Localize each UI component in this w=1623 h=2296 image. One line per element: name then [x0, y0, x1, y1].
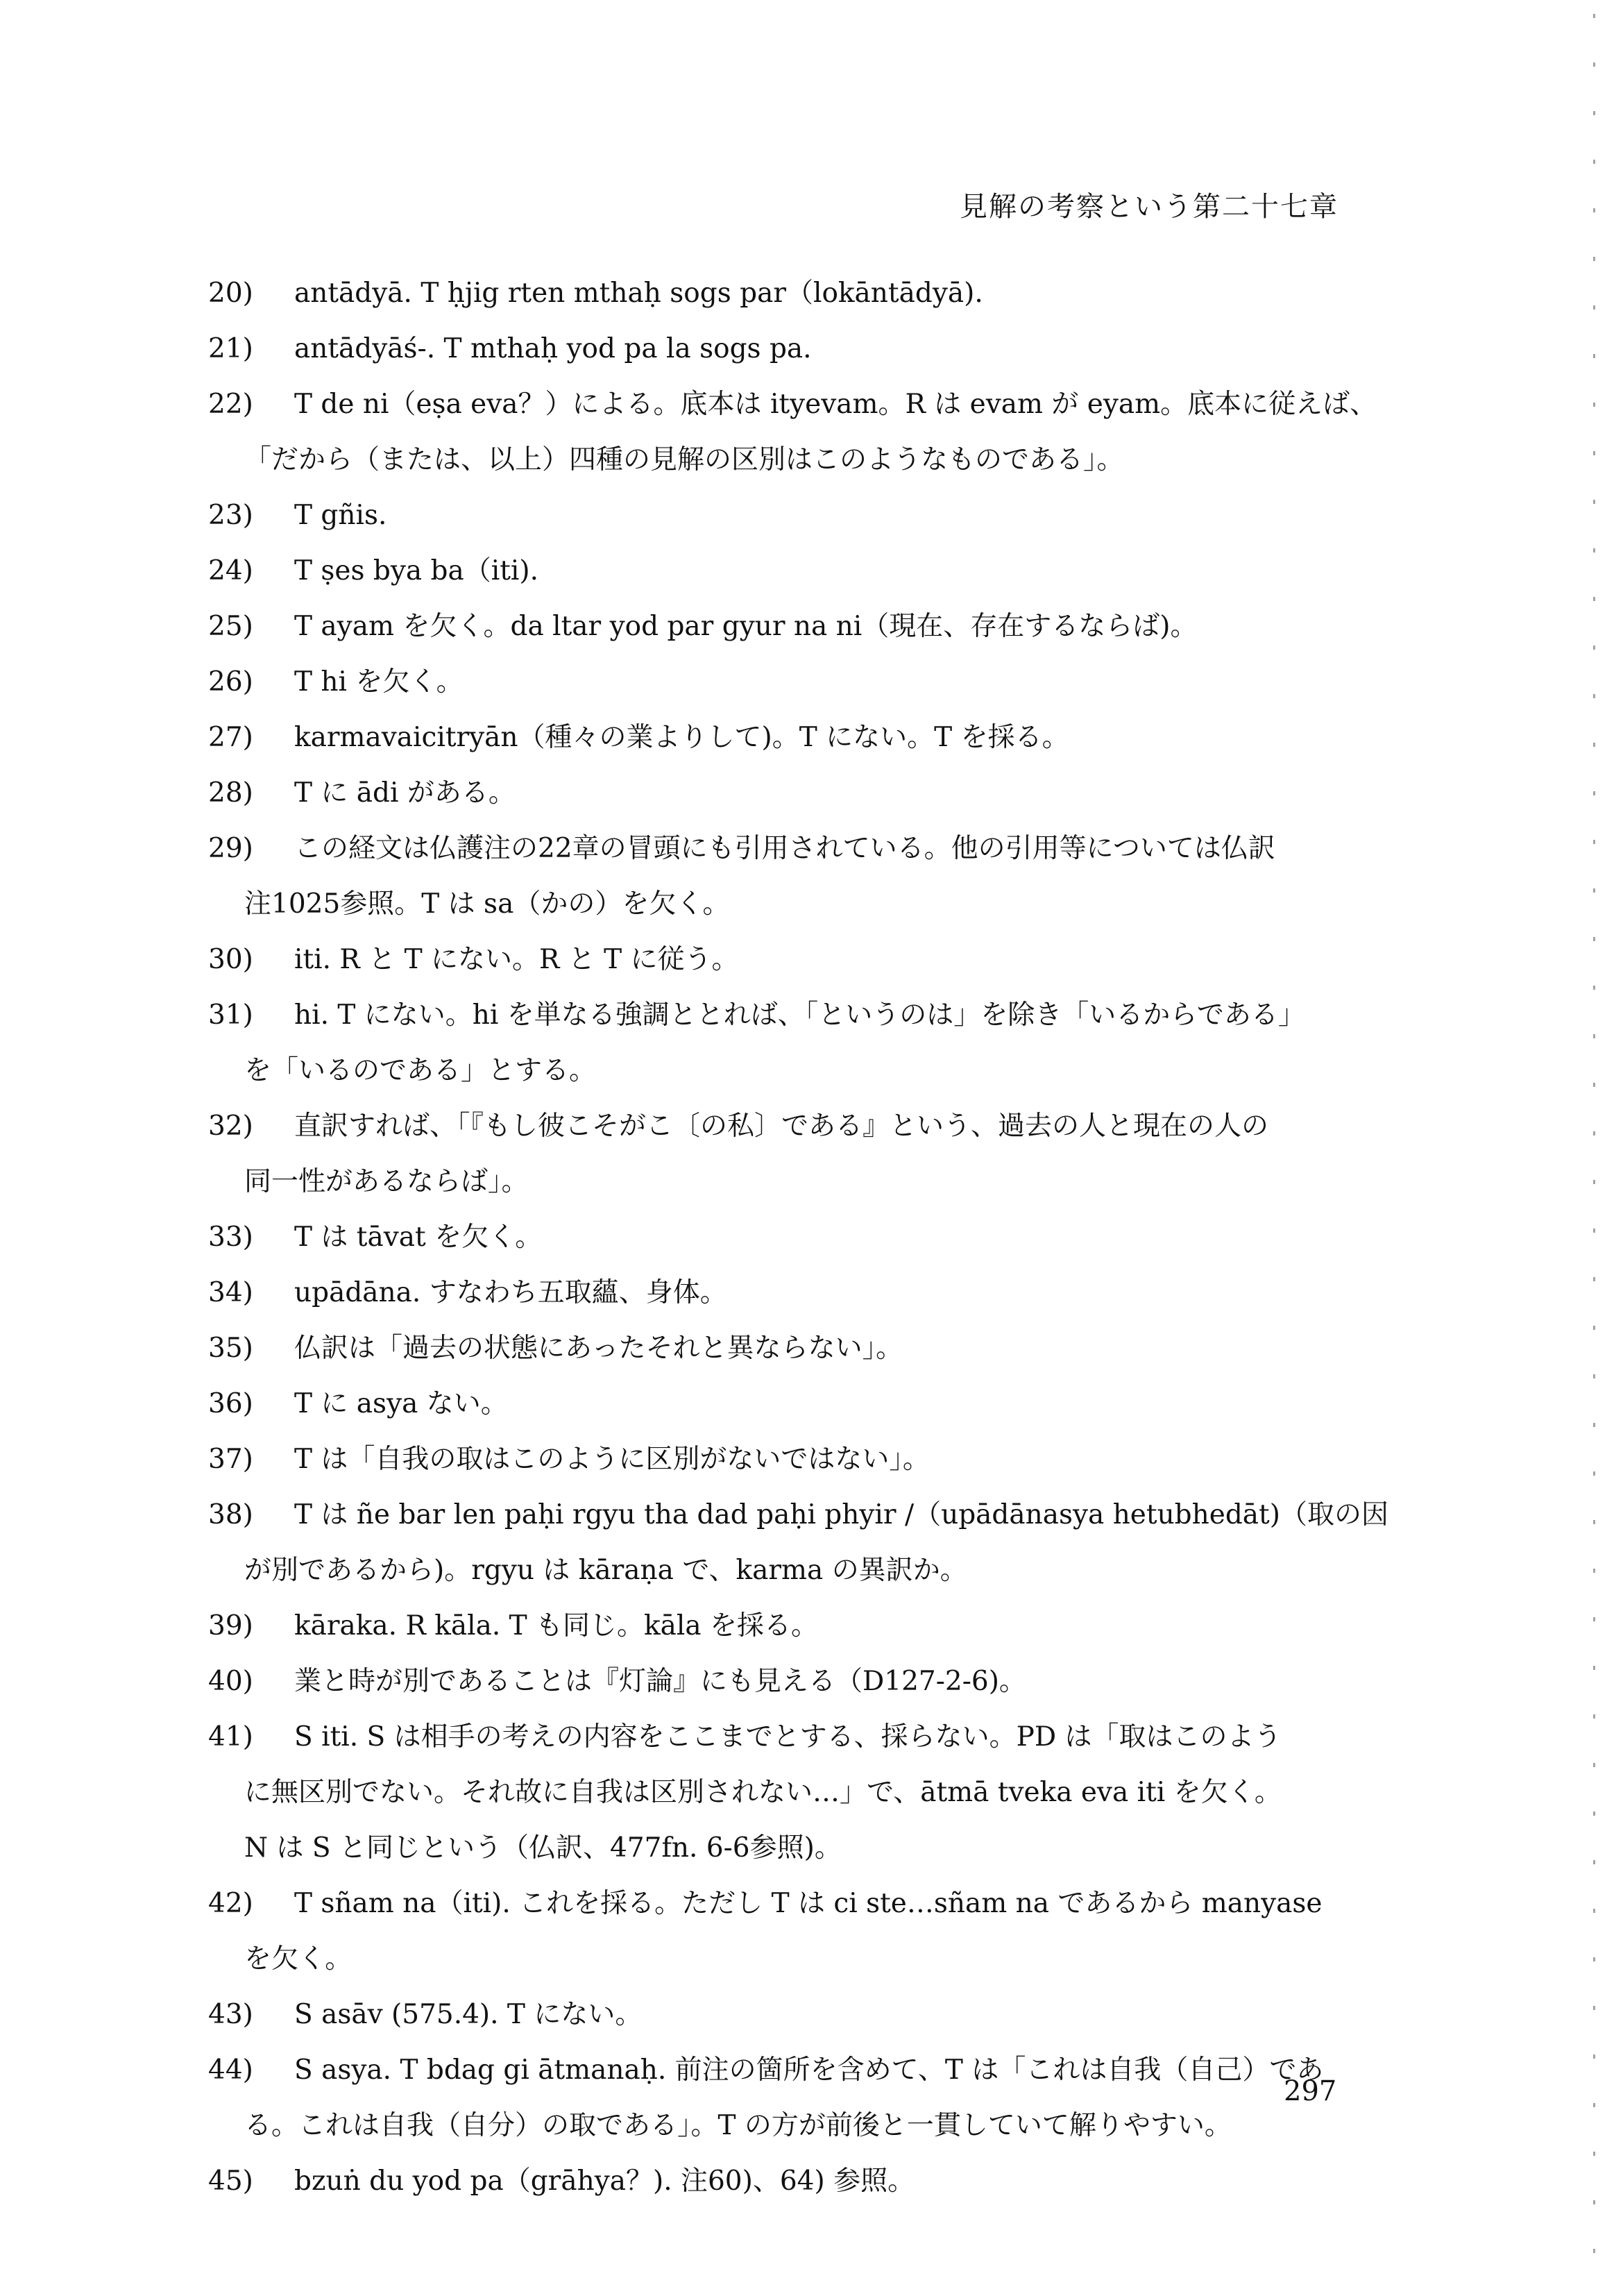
- endnote-number: 37): [208, 1438, 284, 1481]
- endnote-number: 32): [208, 1105, 284, 1148]
- endnote: 40)業と時が別であることは『灯論』にも見える（D127-2-6)。: [208, 1660, 1388, 1703]
- endnote-text-continued: 「だから（または、以上）四種の見解の区別はこのようなものである」。: [244, 439, 1388, 482]
- endnote-number: 23): [208, 494, 284, 537]
- endnote-text-continued: N は S と同じという（仏訳、477fn. 6-6参照)。: [244, 1827, 1388, 1870]
- endnote: 39)kāraka. R kāla. T も同じ。kāla を採る。: [208, 1605, 1388, 1648]
- endnote: 43)S asāv (575.4). T にない。: [208, 1993, 1388, 2036]
- endnote: 37)T は「自我の取はこのように区別がないではない」。: [208, 1438, 1388, 1481]
- endnote: 35)仏訳は「過去の状態にあったそれと異ならない」。: [208, 1327, 1388, 1370]
- endnote: 26)T hi を欠く。: [208, 661, 1388, 704]
- endnote: 31)hi. T にない。hi を単なる強調ととれば、「というのは」を除き「いる…: [208, 994, 1388, 1092]
- endnote: 24)T ṣes bya ba（iti).: [208, 550, 1388, 593]
- endnote-text: hi. T にない。hi を単なる強調ととれば、「というのは」を除き「いるからで…: [294, 994, 1388, 1037]
- endnote: 23)T gñis.: [208, 494, 1388, 537]
- endnote-text: kāraka. R kāla. T も同じ。kāla を採る。: [294, 1605, 1388, 1648]
- endnote: 33)T は tāvat を欠く。: [208, 1216, 1388, 1259]
- endnote-number: 42): [208, 1882, 284, 1925]
- endnote: 38)T は ñe bar len paḥi rgyu tha dad paḥi…: [208, 1494, 1388, 1592]
- endnote-text: antādyā. T ḥjig rten mthaḥ sogs par（lokā…: [294, 272, 1388, 315]
- endnote-text-continued: る。これは自我（自分）の取である」。T の方が前後と一貫していて解りやすい。: [244, 2104, 1388, 2147]
- document-page: 見解の考察という第二十七章 20)antādyā. T ḥjig rten mt…: [0, 0, 1623, 2296]
- endnote-text: S iti. S は相手の考えの内容をここまでとする、採らない。PD は「取はこ…: [294, 1716, 1388, 1759]
- endnote-number: 36): [208, 1383, 284, 1426]
- endnote-text-continued: を欠く。: [244, 1938, 1388, 1981]
- endnote-text: T に asya ない。: [294, 1383, 1388, 1426]
- endnote-text-continued: を「いるのである」とする。: [244, 1049, 1388, 1092]
- endnote-text: T は「自我の取はこのように区別がないではない」。: [294, 1438, 1388, 1481]
- endnote-text: T de ni（eṣa eva？）による。底本は ityevam。R は eva…: [294, 383, 1388, 426]
- endnote-number: 43): [208, 1993, 284, 2036]
- endnote-text: upādāna. すなわち五取蘊、身体。: [294, 1272, 1388, 1315]
- endnote: 32)直訳すれば、「『もし彼こそがこ〔の私〕である』という、過去の人と現在の人の…: [208, 1105, 1388, 1204]
- endnote-number: 38): [208, 1494, 284, 1537]
- endnote-number: 24): [208, 550, 284, 593]
- endnote: 30)iti. R と T にない。R と T に従う。: [208, 938, 1388, 981]
- endnote-text: karmavaicitryān（種々の業よりして)。T にない。T を採る。: [294, 716, 1388, 759]
- endnote-text: T は tāvat を欠く。: [294, 1216, 1388, 1259]
- endnote-text: T ṣes bya ba（iti).: [294, 550, 1388, 593]
- endnote: 45)bzuṅ du yod pa（grāhya？). 注60)、64) 参照。: [208, 2160, 1388, 2203]
- endnote-text: T gñis.: [294, 494, 1388, 537]
- endnote-text: T hi を欠く。: [294, 661, 1388, 704]
- endnote-number: 41): [208, 1716, 284, 1759]
- endnote-text: S asāv (575.4). T にない。: [294, 1993, 1388, 2036]
- endnote-text: T は ñe bar len paḥi rgyu tha dad paḥi ph…: [294, 1494, 1388, 1537]
- endnote: 22)T de ni（eṣa eva？）による。底本は ityevam。R は …: [208, 383, 1388, 482]
- endnote: 44)S asya. T bdag gi ātmanaḥ. 前注の箇所を含めて、…: [208, 2049, 1388, 2147]
- endnote-text-continued: が別であるから)。rgyu は kāraṇa で、karma の異訳か。: [244, 1549, 1388, 1592]
- endnote-number: 22): [208, 383, 284, 426]
- endnote-text: T に ādi がある。: [294, 772, 1388, 815]
- scan-edge-marks: [1593, 14, 1595, 2277]
- endnote: 34)upādāna. すなわち五取蘊、身体。: [208, 1272, 1388, 1315]
- endnote-text: 仏訳は「過去の状態にあったそれと異ならない」。: [294, 1327, 1388, 1370]
- endnote-text: iti. R と T にない。R と T に従う。: [294, 938, 1388, 981]
- endnote-number: 39): [208, 1605, 284, 1648]
- endnote-number: 25): [208, 605, 284, 648]
- endnote-text: T sñam na（iti). これを採る。ただし T は ci ste…sña…: [294, 1882, 1388, 1925]
- endnote-text: S asya. T bdag gi ātmanaḥ. 前注の箇所を含めて、T は…: [294, 2049, 1388, 2092]
- endnote: 27)karmavaicitryān（種々の業よりして)。T にない。T を採る…: [208, 716, 1388, 759]
- endnote-text: T ayam を欠く。da ltar yod par gyur na ni（現在…: [294, 605, 1388, 648]
- endnotes-list: 20)antādyā. T ḥjig rten mthaḥ sogs par（l…: [208, 272, 1388, 2215]
- endnote-number: 29): [208, 827, 284, 870]
- endnote-text-continued: 注1025参照。T は sa（かの）を欠く。: [244, 883, 1388, 926]
- page-number: 297: [1284, 2074, 1336, 2109]
- endnote: 36)T に asya ない。: [208, 1383, 1388, 1426]
- endnote: 20)antādyā. T ḥjig rten mthaḥ sogs par（l…: [208, 272, 1388, 315]
- endnote-number: 31): [208, 994, 284, 1037]
- endnote-text: この経文は仏護注の22章の冒頭にも引用されている。他の引用等については仏訳: [294, 827, 1388, 870]
- endnote-text-continued: に無区別でない。それ故に自我は区別されない…」で、ātmā tveka eva …: [244, 1771, 1388, 1814]
- endnote-number: 28): [208, 772, 284, 815]
- endnote-number: 20): [208, 272, 284, 315]
- endnote-number: 27): [208, 716, 284, 759]
- running-head-title: 見解の考察という第二十七章: [960, 186, 1339, 228]
- endnote-number: 26): [208, 661, 284, 704]
- endnote-number: 33): [208, 1216, 284, 1259]
- endnote-text: bzuṅ du yod pa（grāhya？). 注60)、64) 参照。: [294, 2160, 1388, 2203]
- endnote-number: 44): [208, 2049, 284, 2092]
- endnote-text: 直訳すれば、「『もし彼こそがこ〔の私〕である』という、過去の人と現在の人の: [294, 1105, 1388, 1148]
- endnote: 41)S iti. S は相手の考えの内容をここまでとする、採らない。PD は「…: [208, 1716, 1388, 1870]
- endnote-text: 業と時が別であることは『灯論』にも見える（D127-2-6)。: [294, 1660, 1388, 1703]
- endnote-number: 35): [208, 1327, 284, 1370]
- endnote: 29)この経文は仏護注の22章の冒頭にも引用されている。他の引用等については仏訳…: [208, 827, 1388, 926]
- endnote: 21)antādyāś-. T mthaḥ yod pa la sogs pa.: [208, 328, 1388, 371]
- endnote-number: 45): [208, 2160, 284, 2203]
- endnote: 28)T に ādi がある。: [208, 772, 1388, 815]
- endnote: 42)T sñam na（iti). これを採る。ただし T は ci ste……: [208, 1882, 1388, 1981]
- endnote: 25)T ayam を欠く。da ltar yod par gyur na ni…: [208, 605, 1388, 648]
- endnote-number: 40): [208, 1660, 284, 1703]
- endnote-number: 21): [208, 328, 284, 371]
- endnote-text: antādyāś-. T mthaḥ yod pa la sogs pa.: [294, 328, 1388, 371]
- endnote-number: 34): [208, 1272, 284, 1315]
- endnote-text-continued: 同一性があるならば」。: [244, 1160, 1388, 1204]
- endnote-number: 30): [208, 938, 284, 981]
